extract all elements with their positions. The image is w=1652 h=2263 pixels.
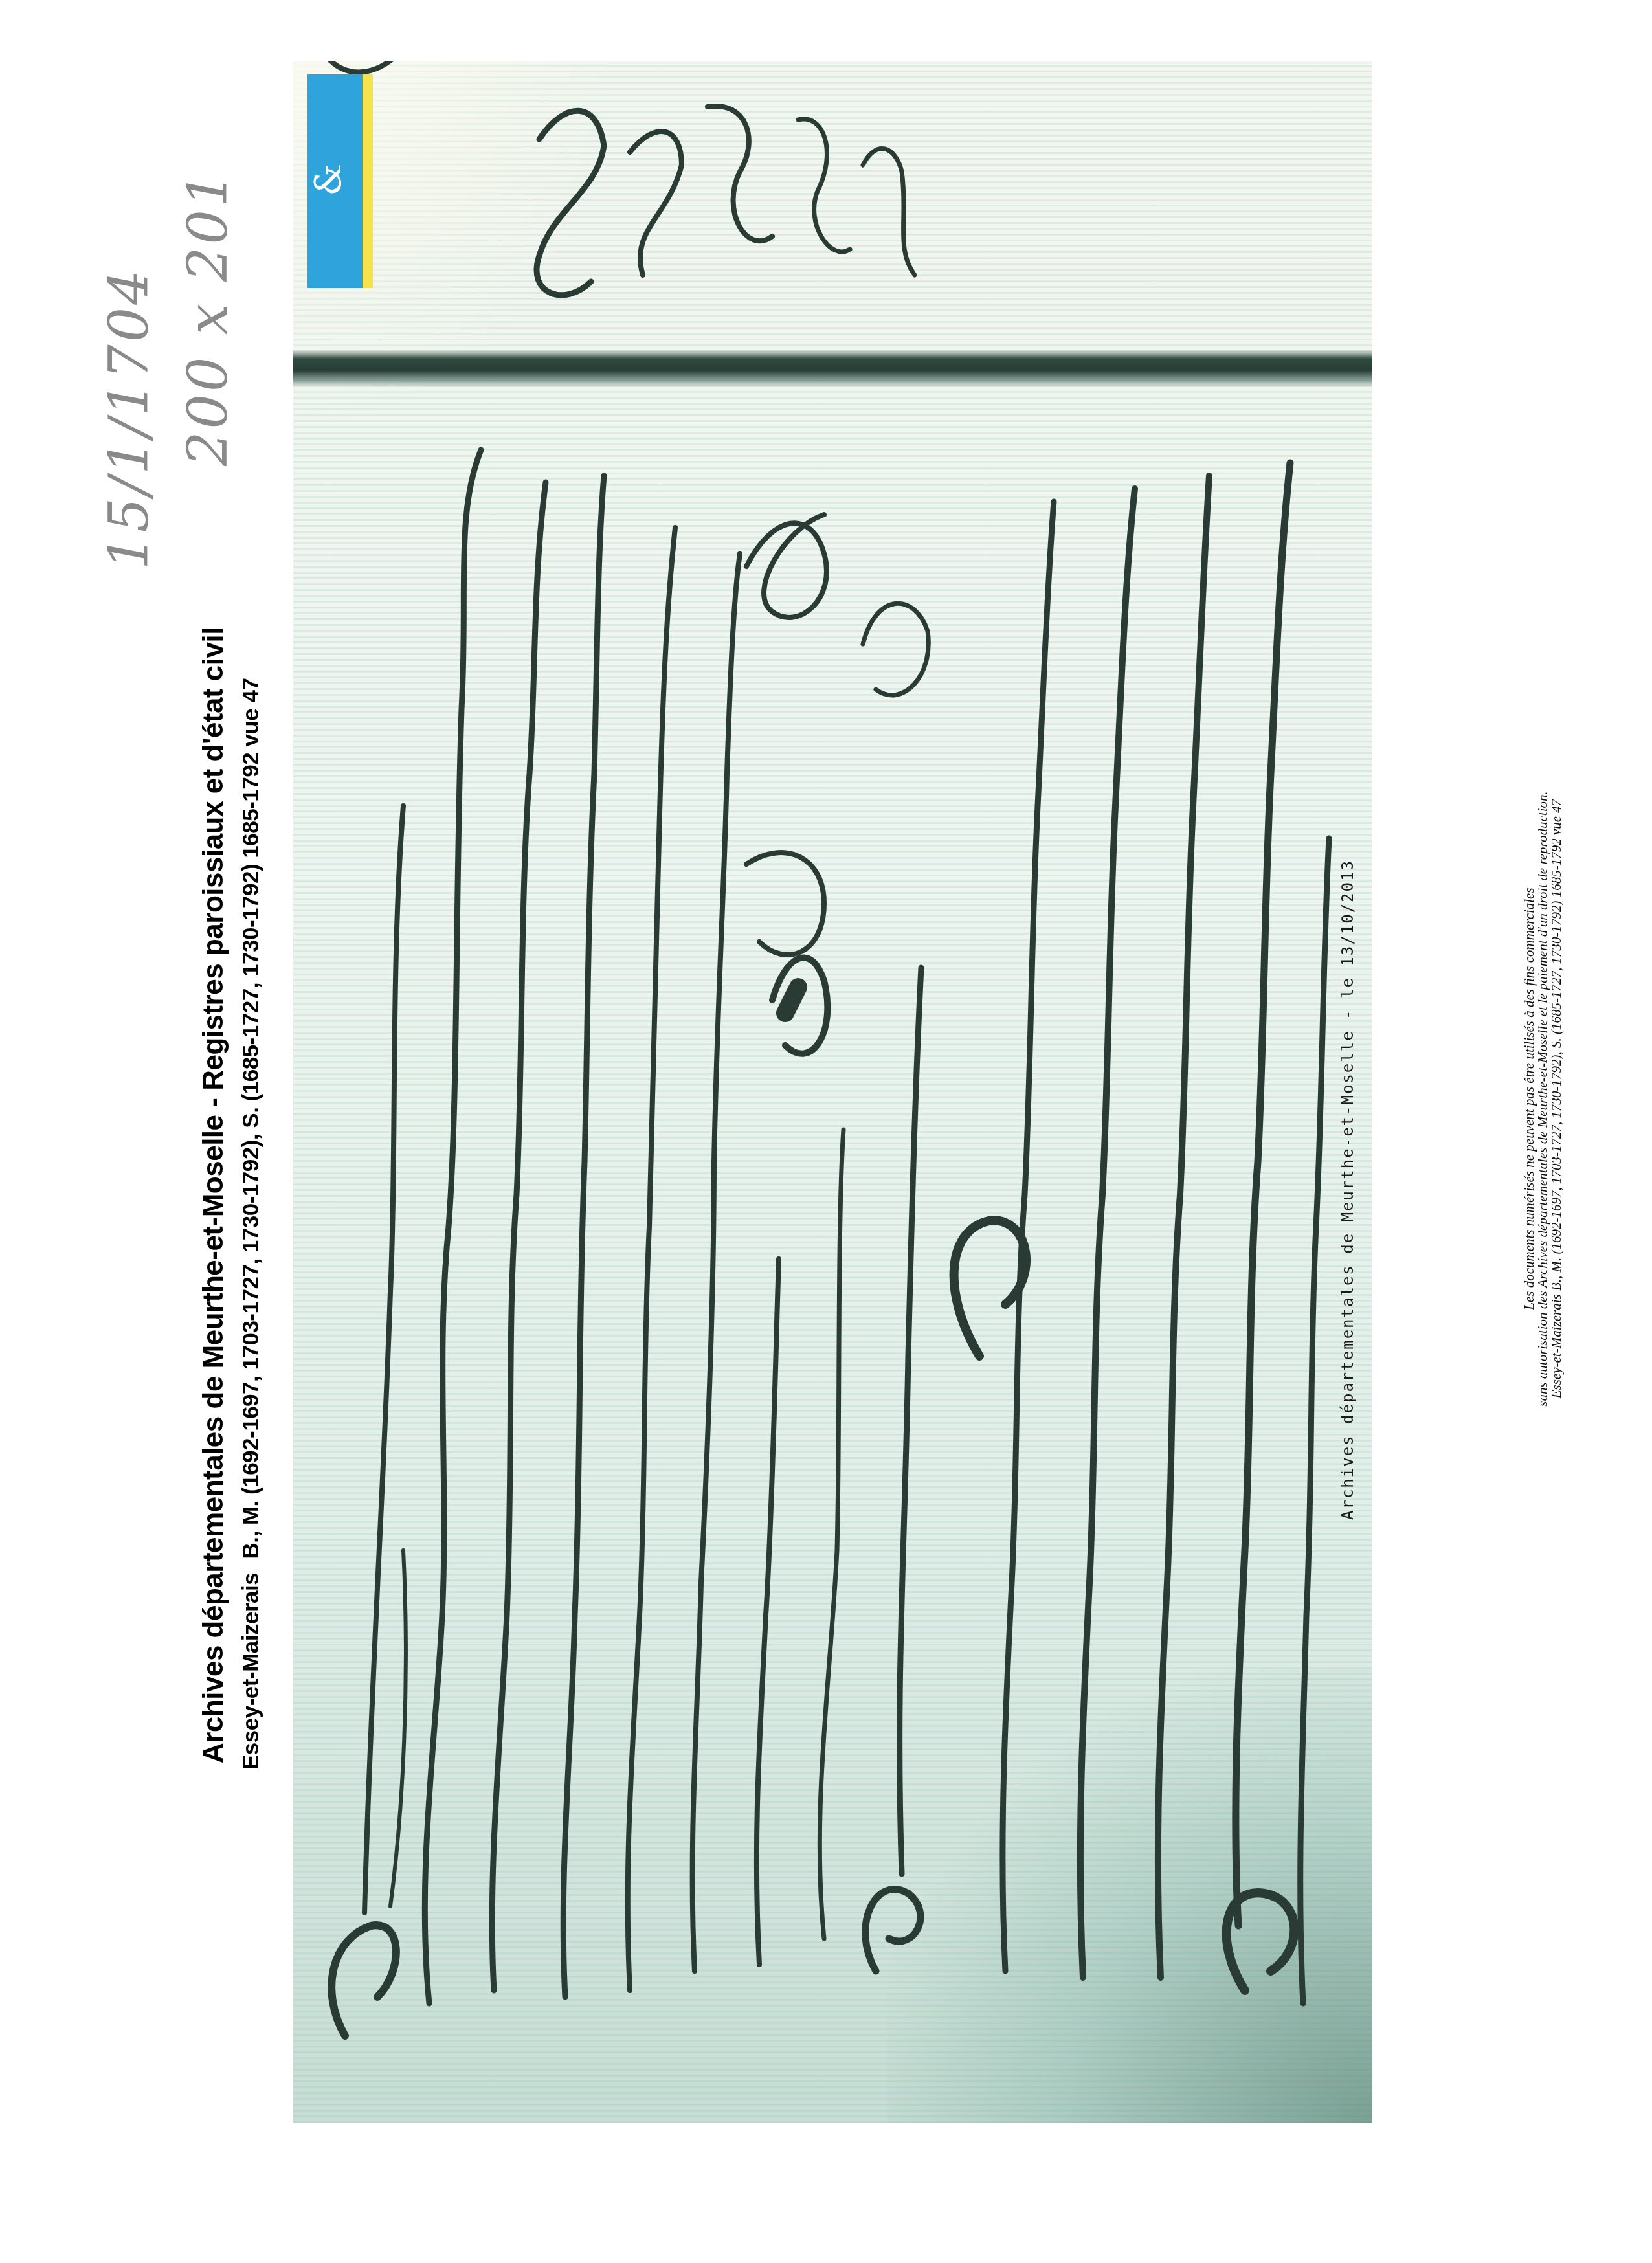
archive-logo: & bbox=[307, 74, 363, 288]
book-binding-gutter bbox=[293, 350, 1372, 387]
document-title: Archives départementales de Meurthe-et-M… bbox=[197, 485, 230, 1763]
reference-series: B., M. (1692-1697, 1703-1727, 1730-1792)… bbox=[238, 678, 263, 1559]
disclaimer-line-2: sans autorisation des Archives départeme… bbox=[1536, 686, 1550, 1511]
usage-disclaimer: Les documents numérisés ne peuvent pas ê… bbox=[1523, 686, 1563, 1511]
disclaimer-line-1: Les documents numérisés ne peuvent pas ê… bbox=[1523, 686, 1536, 1511]
disclaimer-line-3: Essey-et-Maizerais B., M. (1692-1697, 17… bbox=[1550, 686, 1563, 1511]
pencil-dimensions-annotation: 200 x 201 bbox=[176, 170, 240, 466]
reference-place: Essey-et-Maizerais bbox=[238, 1573, 263, 1770]
document-reference: Essey-et-Maizerais B., M. (1692-1697, 17… bbox=[238, 478, 264, 1770]
logo-yellow-stripe bbox=[363, 74, 373, 288]
register-photo: & bbox=[293, 61, 1372, 2123]
pencil-date-annotation: 15/1/1704 bbox=[97, 267, 161, 570]
logo-ampersand-icon: & bbox=[307, 164, 350, 196]
archive-watermark: Archives départementales de Meurthe-et-M… bbox=[1339, 717, 1357, 1520]
